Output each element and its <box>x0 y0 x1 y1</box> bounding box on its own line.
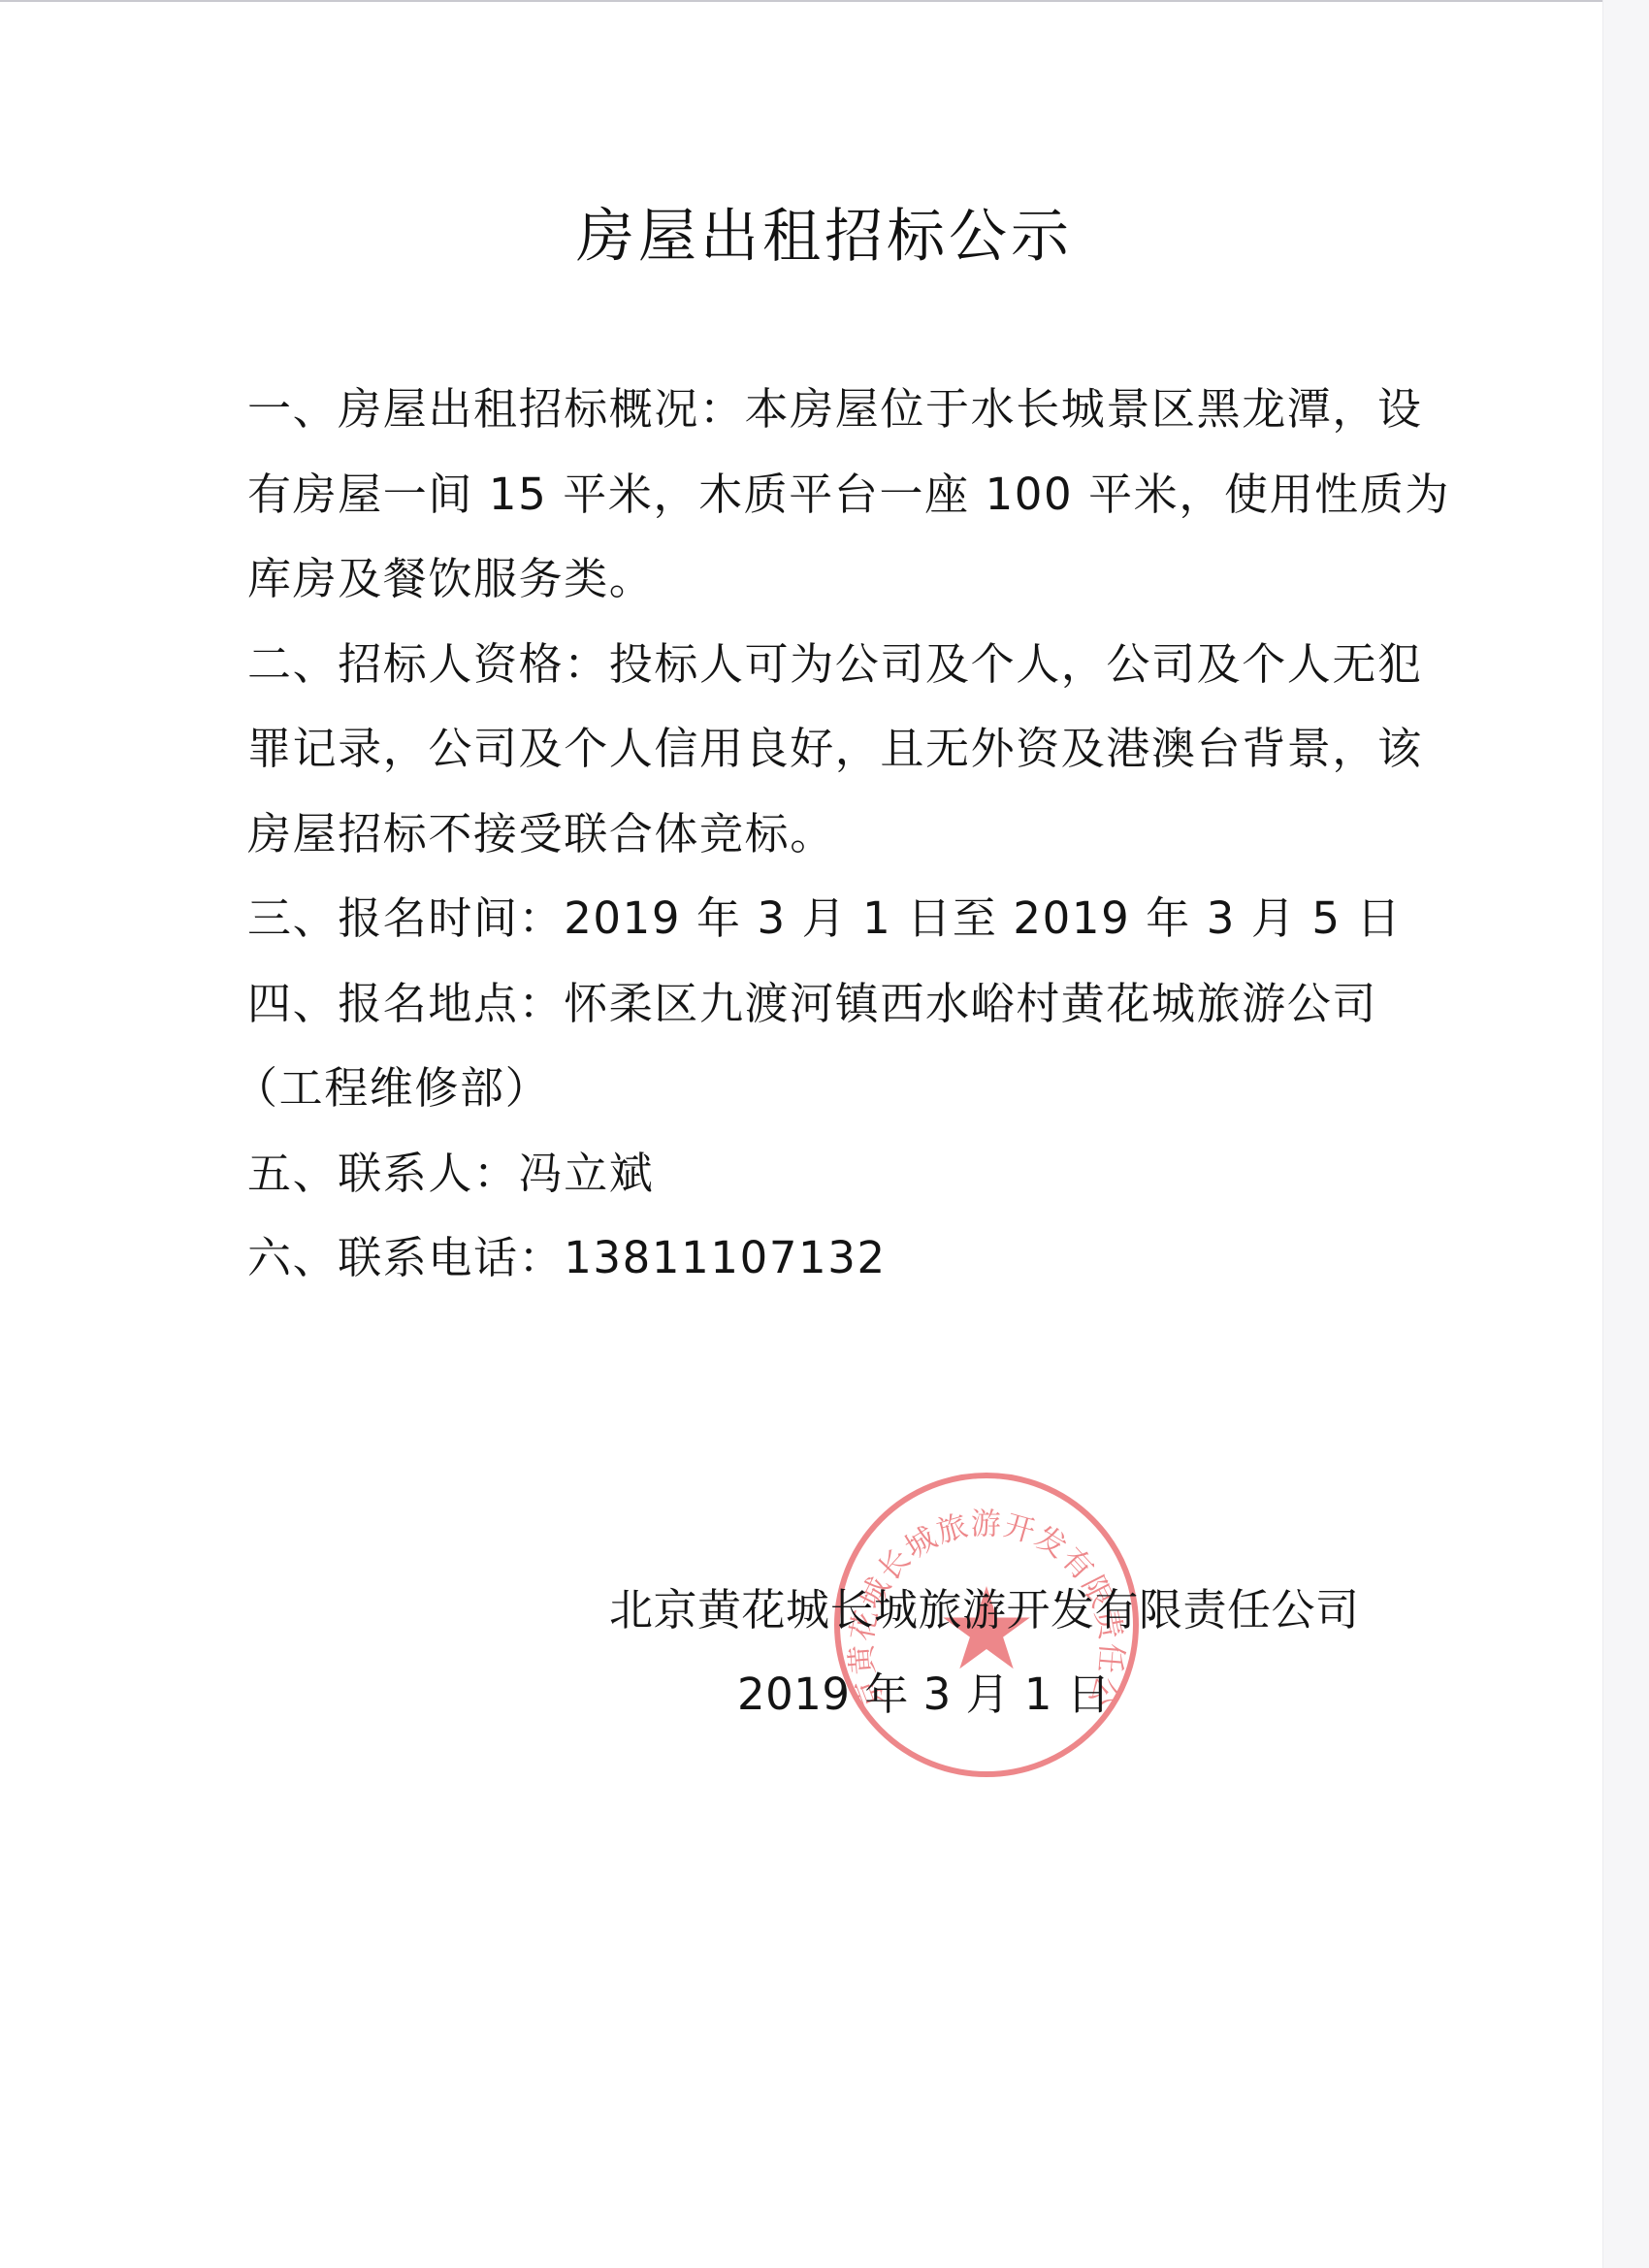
section-4-line-2: （工程维修部） <box>234 1046 1373 1131</box>
issue-date: 2019 年 3 月 1 日 <box>609 1652 1346 1736</box>
section-1-line-1: 一、房屋出租招标概况：本房屋位于水长城景区黑龙潭，设 <box>247 367 1373 452</box>
section-4-line-1: 四、报名地点：怀柔区九渡河镇西水峪村黄花城旅游公司 <box>247 961 1373 1047</box>
section-2-line-3: 房屋招标不接受联合体竞标。 <box>247 792 1373 877</box>
signature-block: 北京黄花城长城旅游开发有限责任公司 2019 年 3 月 1 日 <box>609 1568 1346 1736</box>
section-1-line-3: 库房及餐饮服务类。 <box>247 536 1373 622</box>
section-2-line-2: 罪记录，公司及个人信用良好，且无外资及港澳台背景，该 <box>247 706 1373 792</box>
section-5-contact-person: 五、联系人：冯立斌 <box>247 1131 1373 1216</box>
section-2-line-1: 二、招标人资格：投标人可为公司及个人，公司及个人无犯 <box>247 622 1373 707</box>
issuer-company-name: 北京黄花城长城旅游开发有限责任公司 <box>609 1568 1346 1652</box>
document-body: 一、房屋出租招标概况：本房屋位于水长城景区黑龙潭，设 有房屋一间 15 平米，木… <box>247 367 1373 1301</box>
section-1-line-2: 有房屋一间 15 平米，木质平台一座 100 平米，使用性质为 <box>247 452 1373 537</box>
section-3-registration-time: 三、报名时间：2019 年 3 月 1 日至 2019 年 3 月 5 日 <box>247 876 1373 961</box>
scan-margin <box>1602 0 1649 2268</box>
document-title: 房屋出租招标公示 <box>0 200 1649 274</box>
section-6-contact-phone: 六、联系电话：13811107132 <box>247 1215 1373 1301</box>
